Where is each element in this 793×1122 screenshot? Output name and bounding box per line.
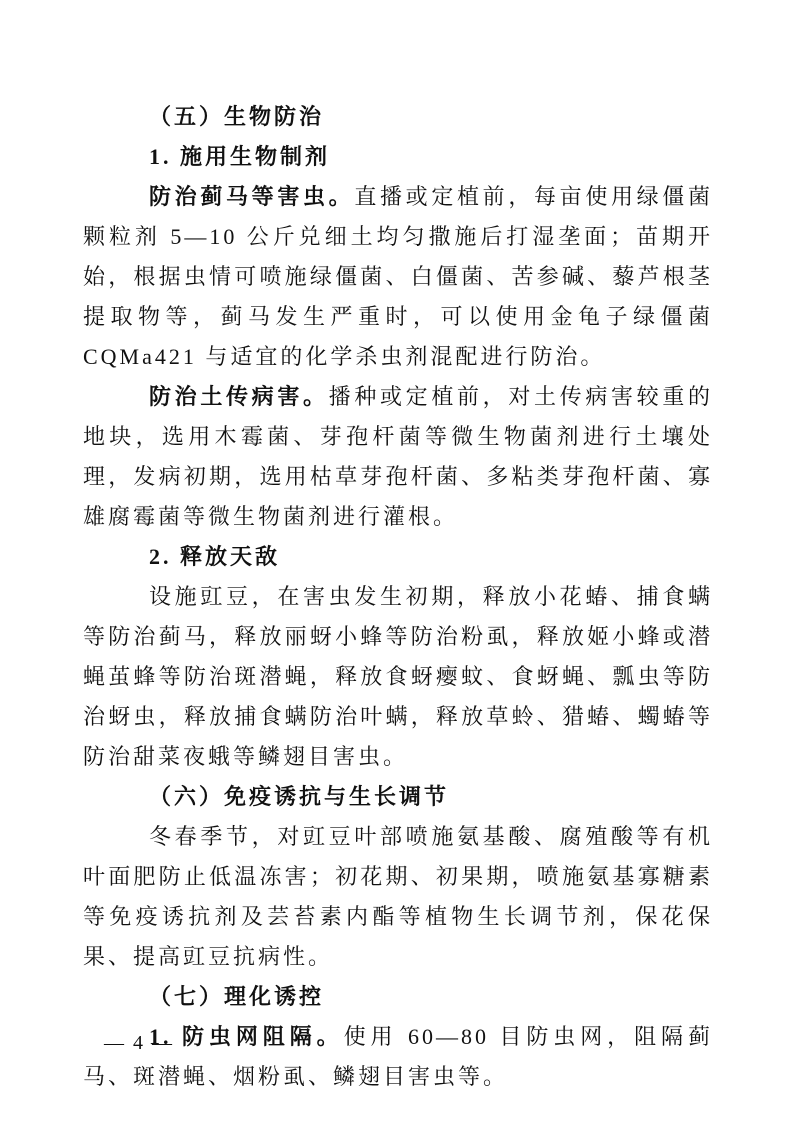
document-page: （五）生物防治 1. 施用生物制剂 防治蓟马等害虫。直播或定植前，每亩使用绿僵菌… bbox=[0, 0, 793, 1122]
paragraph-insect-net-lead: 1. 防虫网阻隔。 bbox=[149, 1024, 344, 1049]
subsection-2-heading: 2. 释放天敌 bbox=[83, 537, 713, 577]
paragraph-thrips-lead: 防治蓟马等害虫。 bbox=[149, 184, 354, 209]
section-7-heading: （七）理化诱控 bbox=[83, 977, 713, 1017]
paragraph-soilborne-disease: 防治土传病害。播种或定植前，对土传病害较重的地块，选用木霉菌、芽孢杆菌等微生物菌… bbox=[83, 377, 713, 537]
paragraph-natural-enemies: 设施豇豆，在害虫发生初期，释放小花蝽、捕食螨等防治蓟马，释放丽蚜小蜂等防治粉虱，… bbox=[83, 577, 713, 777]
subsection-1-heading: 1. 施用生物制剂 bbox=[83, 137, 713, 177]
paragraph-immune-induction: 冬春季节，对豇豆叶部喷施氨基酸、腐殖酸等有机叶面肥防止低温冻害；初花期、初果期，… bbox=[83, 817, 713, 977]
paragraph-thrips-control: 防治蓟马等害虫。直播或定植前，每亩使用绿僵菌颗粒剂 5—10 公斤兑细土均匀撒施… bbox=[83, 177, 713, 377]
paragraph-thrips-text: 直播或定植前，每亩使用绿僵菌颗粒剂 5—10 公斤兑细土均匀撒施后打湿垄面；苗期… bbox=[83, 184, 713, 369]
paragraph-insect-net: 1. 防虫网阻隔。使用 60—80 目防虫网，阻隔蓟马、斑潜蝇、烟粉虱、鳞翅目害… bbox=[83, 1017, 713, 1097]
page-number: — 4 — bbox=[104, 1028, 174, 1058]
section-6-heading: （六）免疫诱抗与生长调节 bbox=[83, 777, 713, 817]
paragraph-soilborne-lead: 防治土传病害。 bbox=[149, 384, 329, 409]
document-body: （五）生物防治 1. 施用生物制剂 防治蓟马等害虫。直播或定植前，每亩使用绿僵菌… bbox=[83, 97, 713, 1097]
section-5-heading: （五）生物防治 bbox=[83, 97, 713, 137]
